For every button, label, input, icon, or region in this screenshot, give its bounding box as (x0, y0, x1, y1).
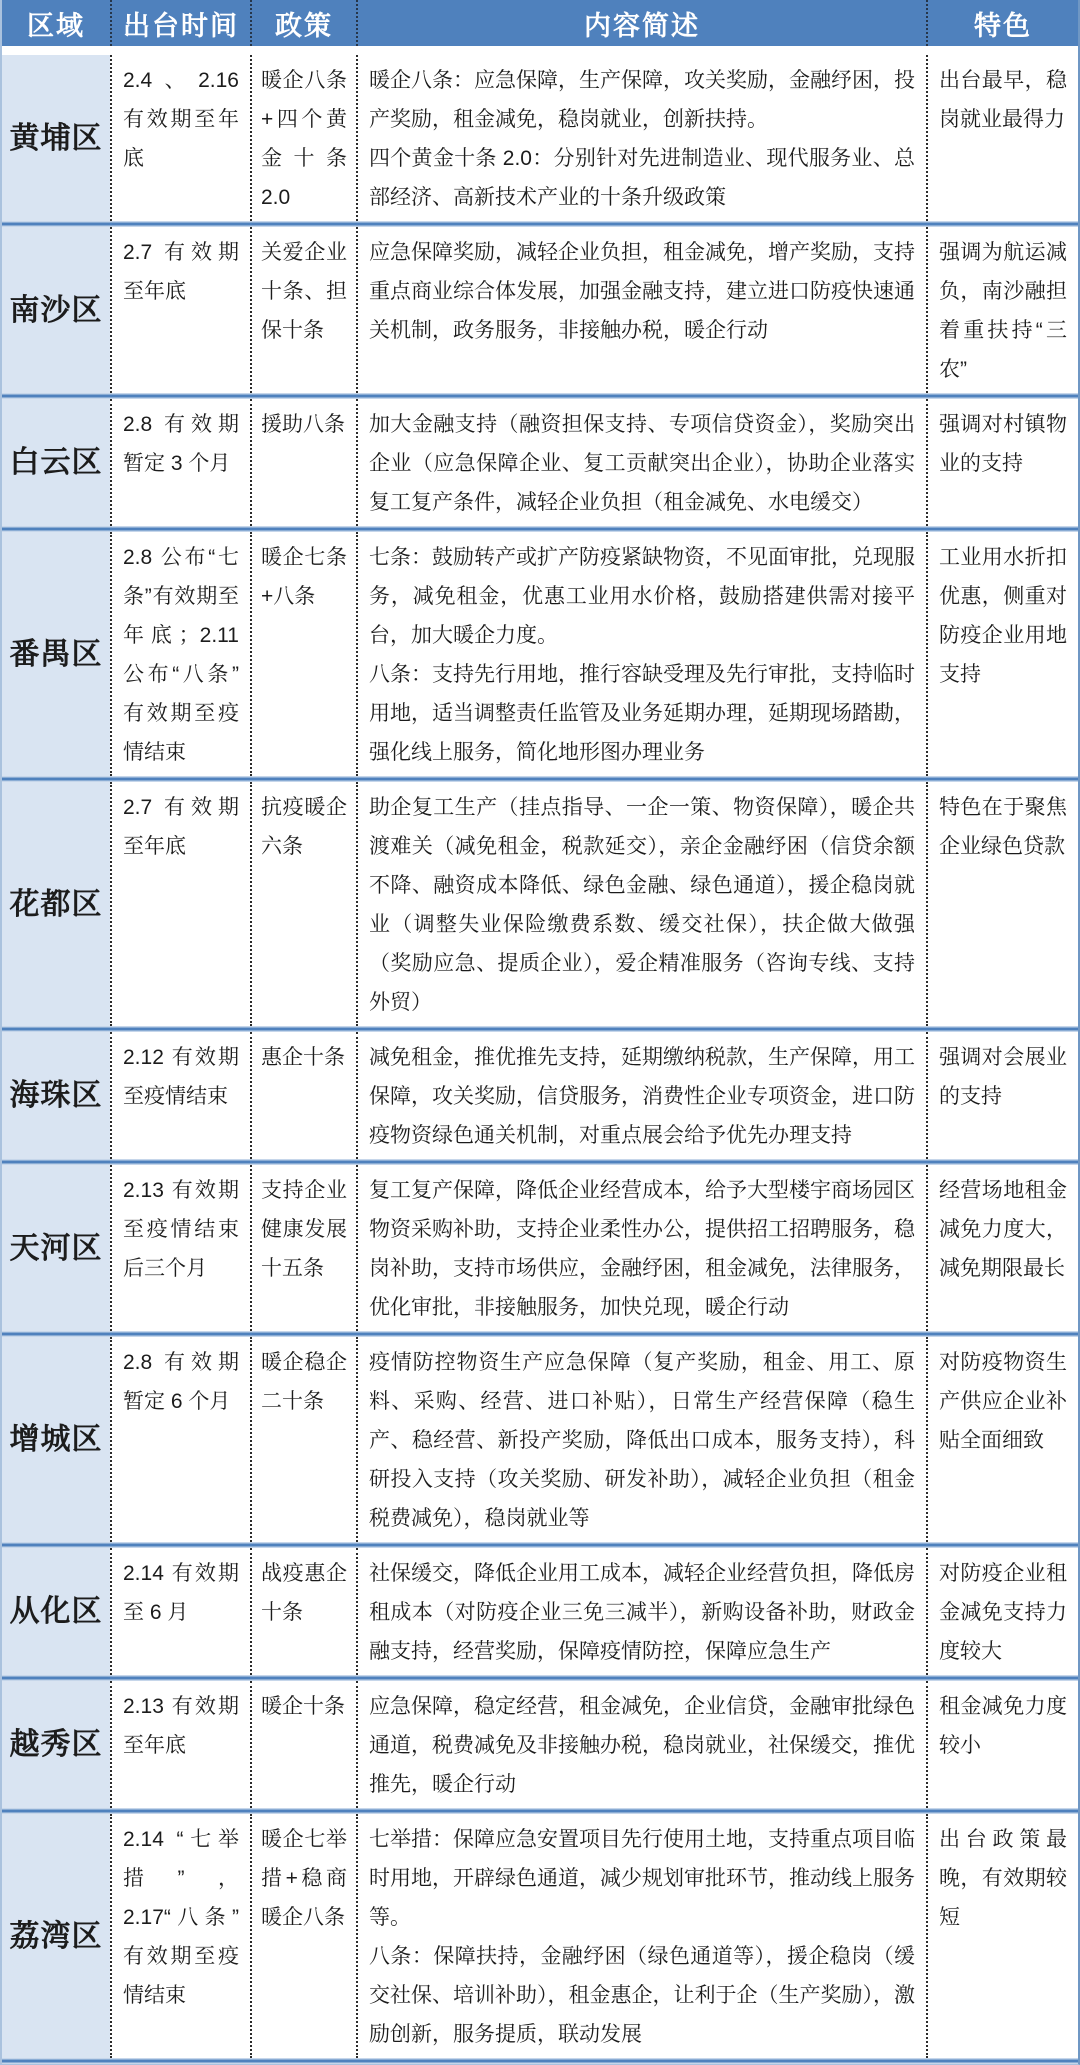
content-summary-cell: 应急保障奖励，减轻企业负担，租金减免，增产奖励，支持重点商业综合体发展，加强金融… (356, 227, 926, 393)
table-row: 黄埔区 2.4、2.16 有效期至年底 暖企八条+四个黄金十条2.0 暖企八条：… (2, 55, 1078, 221)
release-time-cell: 2.7 有效期至年底 (110, 782, 250, 1026)
row-separator-line (2, 2058, 1078, 2064)
content-summary-cell: 助企复工生产（挂点指导、一企一策、物资保障），暖企共渡难关（减免租金，税款延交）… (356, 782, 926, 1026)
region-cell: 越秀区 (2, 1681, 110, 1808)
feature-cell: 对防疫物资生产供应企业补贴全面细致 (926, 1337, 1078, 1542)
policy-name-cell: 暖企八条+四个黄金十条2.0 (250, 55, 356, 221)
policy-name-cell: 支持企业健康发展十五条 (250, 1165, 356, 1331)
feature-cell: 强调对会展业的支持 (926, 1032, 1078, 1159)
release-time-cell: 2.8 公布“七条”有效期至年底；2.11 公布“八条”有效期至疫情结束 (110, 532, 250, 776)
table-row: 海珠区 2.12 有效期至疫情结束 惠企十条 减免租金，推优推先支持，延期缴纳税… (2, 1032, 1078, 1159)
release-time-cell: 2.8 有效期暂定 3 个月 (110, 399, 250, 526)
feature-cell: 出台最早，稳岗就业最得力 (926, 55, 1078, 221)
table-row: 天河区 2.13 有效期至疫情结束后三个月 支持企业健康发展十五条 复工复产保障… (2, 1165, 1078, 1331)
region-cell: 黄埔区 (2, 55, 110, 221)
table-row: 番禺区 2.8 公布“七条”有效期至年底；2.11 公布“八条”有效期至疫情结束… (2, 532, 1078, 776)
table-row: 增城区 2.8 有效期暂定 6 个月 暖企稳企二十条 疫情防控物资生产应急保障（… (2, 1337, 1078, 1542)
table-row: 花都区 2.7 有效期至年底 抗疫暖企六条 助企复工生产（挂点指导、一企一策、物… (2, 782, 1078, 1026)
feature-cell: 租金减免力度较小 (926, 1681, 1078, 1808)
header-gap (2, 46, 1078, 55)
column-header-time: 出台时间 (110, 0, 250, 46)
table-row: 荔湾区 2.14 “七举措”，2.17“八条”有效期至疫情结束 暖企七举措+稳商… (2, 1814, 1078, 2058)
policy-name-cell: 援助八条 (250, 399, 356, 526)
feature-cell: 对防疫企业租金减免支持力度较大 (926, 1548, 1078, 1675)
policy-comparison-table: 区域 出台时间 政策 内容简述 特色 黄埔区 2.4、2.16 有效期至年底 暖… (0, 0, 1080, 2065)
policy-name-cell: 暖企七举措+稳商暖企八条 (250, 1814, 356, 2058)
table-row: 白云区 2.8 有效期暂定 3 个月 援助八条 加大金融支持（融资担保支持、专项… (2, 399, 1078, 526)
feature-cell: 强调对村镇物业的支持 (926, 399, 1078, 526)
column-header-policy: 政策 (250, 0, 356, 46)
content-summary-cell: 暖企八条：应急保障，生产保障，攻关奖励，金融纾困，投产奖励，租金减免，稳岗就业，… (356, 55, 926, 221)
policy-name-cell: 暖企稳企二十条 (250, 1337, 356, 1542)
region-cell: 花都区 (2, 782, 110, 1026)
content-summary-cell: 疫情防控物资生产应急保障（复产奖励，租金、用工、原料、采购、经营、进口补贴），日… (356, 1337, 926, 1542)
release-time-cell: 2.14 “七举措”，2.17“八条”有效期至疫情结束 (110, 1814, 250, 2058)
policy-name-cell: 抗疫暖企六条 (250, 782, 356, 1026)
column-header-region: 区域 (2, 0, 110, 46)
policy-name-cell: 暖企十条 (250, 1681, 356, 1808)
content-summary-cell: 减免租金，推优推先支持，延期缴纳税款，生产保障，用工保障，攻关奖励，信贷服务，消… (356, 1032, 926, 1159)
release-time-cell: 2.8 有效期暂定 6 个月 (110, 1337, 250, 1542)
content-summary-cell: 七举措：保障应急安置项目先行使用土地，支持重点项目临时用地，开辟绿色通道，减少规… (356, 1814, 926, 2058)
content-summary-cell: 复工复产保障，降低企业经营成本，给予大型楼宇商场园区物资采购补助，支持企业柔性办… (356, 1165, 926, 1331)
content-summary-cell: 社保缓交，降低企业用工成本，减轻企业经营负担，降低房租成本（对防疫企业三免三减半… (356, 1548, 926, 1675)
feature-cell: 强调为航运减负，南沙融担着重扶持“三农” (926, 227, 1078, 393)
table-row: 南沙区 2.7 有效期至年底 关爱企业十条、担保十条 应急保障奖励，减轻企业负担… (2, 227, 1078, 393)
column-header-feature: 特色 (926, 0, 1078, 46)
region-cell: 增城区 (2, 1337, 110, 1542)
release-time-cell: 2.13 有效期至疫情结束后三个月 (110, 1165, 250, 1331)
feature-cell: 工业用水折扣优惠，侧重对防疫企业用地支持 (926, 532, 1078, 776)
table-body: 黄埔区 2.4、2.16 有效期至年底 暖企八条+四个黄金十条2.0 暖企八条：… (2, 55, 1078, 2064)
feature-cell: 出台政策最晚，有效期较短 (926, 1814, 1078, 2058)
region-cell: 荔湾区 (2, 1814, 110, 2058)
content-summary-cell: 七条：鼓励转产或扩产防疫紧缺物资，不见面审批，兑现服务，减免租金，优惠工业用水价… (356, 532, 926, 776)
region-cell: 从化区 (2, 1548, 110, 1675)
feature-cell: 经营场地租金减免力度大，减免期限最长 (926, 1165, 1078, 1331)
content-summary-cell: 加大金融支持（融资担保支持、专项信贷资金），奖励突出企业（应急保障企业、复工贡献… (356, 399, 926, 526)
region-cell: 南沙区 (2, 227, 110, 393)
feature-cell: 特色在于聚焦企业绿色贷款 (926, 782, 1078, 1026)
table-header-row: 区域 出台时间 政策 内容简述 特色 (2, 0, 1078, 46)
policy-name-cell: 战疫惠企十条 (250, 1548, 356, 1675)
region-cell: 番禺区 (2, 532, 110, 776)
region-cell: 海珠区 (2, 1032, 110, 1159)
content-summary-cell: 应急保障，稳定经营，租金减免，企业信贷，金融审批绿色通道，税费减免及非接触办税，… (356, 1681, 926, 1808)
release-time-cell: 2.14 有效期至 6 月 (110, 1548, 250, 1675)
release-time-cell: 2.7 有效期至年底 (110, 227, 250, 393)
table-row: 从化区 2.14 有效期至 6 月 战疫惠企十条 社保缓交，降低企业用工成本，减… (2, 1548, 1078, 1675)
region-cell: 天河区 (2, 1165, 110, 1331)
table-row: 越秀区 2.13 有效期至年底 暖企十条 应急保障，稳定经营，租金减免，企业信贷… (2, 1681, 1078, 1808)
release-time-cell: 2.13 有效期至年底 (110, 1681, 250, 1808)
release-time-cell: 2.4、2.16 有效期至年底 (110, 55, 250, 221)
region-cell: 白云区 (2, 399, 110, 526)
policy-name-cell: 关爱企业十条、担保十条 (250, 227, 356, 393)
policy-name-cell: 暖企七条+八条 (250, 532, 356, 776)
policy-name-cell: 惠企十条 (250, 1032, 356, 1159)
column-header-content: 内容简述 (356, 0, 926, 46)
release-time-cell: 2.12 有效期至疫情结束 (110, 1032, 250, 1159)
